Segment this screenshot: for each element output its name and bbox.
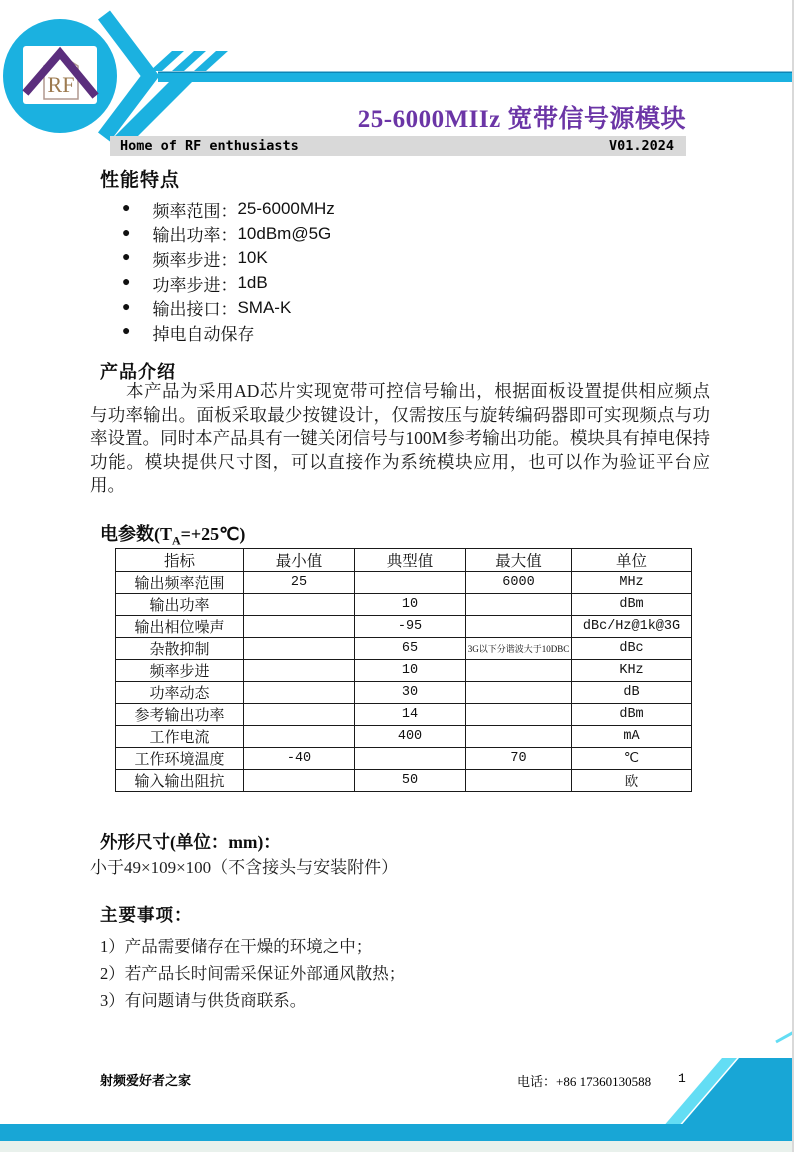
table-cell: 输出相位噪声 — [116, 616, 244, 638]
electrical-heading: 电参数(TA=+25℃) — [100, 520, 245, 549]
bullet-icon: ● — [122, 276, 130, 290]
table-cell — [244, 638, 355, 660]
feature-value: 25-6000MHz — [237, 199, 334, 219]
table-cell — [244, 770, 355, 792]
table-cell: 14 — [355, 704, 466, 726]
feature-item: ●掉电自动保存 — [122, 320, 582, 345]
table-cell — [466, 726, 572, 748]
table-cell: 输出频率范围 — [116, 572, 244, 594]
table-row: 频率步进10KHz — [116, 660, 692, 682]
table-cell — [466, 594, 572, 616]
bullet-icon: ● — [122, 301, 130, 315]
table-cell: 频率步进 — [116, 660, 244, 682]
table-cell — [466, 704, 572, 726]
features-heading: 性能特点 — [100, 165, 180, 192]
note-item: 3）有问题请与供货商联系。 — [100, 987, 405, 1014]
table-cell — [355, 572, 466, 594]
dimensions-text: 小于49×109×100（不含接头与安装附件） — [90, 853, 398, 878]
document-title: 25-6000MIIz 宽带信号源模块 — [0, 99, 686, 135]
footer-corner-accent — [776, 1032, 794, 1042]
table-cell: dBc — [572, 638, 692, 660]
feature-item: ●频率步进：10K — [122, 246, 582, 271]
table-cell: 10 — [355, 594, 466, 616]
table-cell — [244, 594, 355, 616]
feature-item: ●功率步进：1dB — [122, 271, 582, 296]
header-bar — [158, 73, 794, 82]
electrical-heading-prefix: 电参数(T — [100, 524, 172, 544]
table-cell — [466, 660, 572, 682]
table-cell: 50 — [355, 770, 466, 792]
datasheet-page: RF 25-6000MIIz 宽带信号源模块 Home of RF enthus… — [0, 0, 794, 1152]
table-cell — [466, 682, 572, 704]
feature-list: ●频率范围：25-6000MHz●输出功率：10dBm@5G●频率步进：10K●… — [122, 197, 582, 345]
table-cell: dBm — [572, 704, 692, 726]
table-cell: 输入输出阻抗 — [116, 770, 244, 792]
bullet-icon: ● — [122, 202, 130, 216]
note-item: 1）产品需要储存在干燥的环境之中； — [100, 933, 405, 960]
table-row: 功率动态30dB — [116, 682, 692, 704]
feature-label: 频率范围： — [152, 197, 237, 222]
intro-paragraph: 本产品为采用AD芯片实现宽带可控信号输出，根据面板设置提供相应频点与功率输出。面… — [90, 380, 710, 498]
table-cell: mA — [572, 726, 692, 748]
table-cell: 杂散抑制 — [116, 638, 244, 660]
version-text: V01.2024 — [609, 138, 674, 154]
table-cell: 欧 — [572, 770, 692, 792]
feature-label: 掉电自动保存 — [152, 320, 254, 345]
table-header-cell: 典型值 — [355, 549, 466, 572]
table-cell: 70 — [466, 748, 572, 770]
table-cell — [244, 726, 355, 748]
table-row: 工作环境温度-4070℃ — [116, 748, 692, 770]
feature-label: 输出功率： — [152, 221, 237, 246]
table-row: 参考输出功率14dBm — [116, 704, 692, 726]
table-cell: dBm — [572, 594, 692, 616]
table-cell: 30 — [355, 682, 466, 704]
electrical-heading-sub: A — [172, 534, 181, 548]
table-row: 输出相位噪声-95dBc/Hz@1k@3G — [116, 616, 692, 638]
table-row: 输出频率范围256000MHz — [116, 572, 692, 594]
table-cell: -95 — [355, 616, 466, 638]
table-cell: 工作电流 — [116, 726, 244, 748]
table-cell: 6000 — [466, 572, 572, 594]
footer-graphics — [0, 1020, 794, 1152]
notes-heading: 主要事项： — [100, 902, 193, 927]
feature-label: 功率步进： — [152, 271, 237, 296]
table-row: 杂散抑制653G以下分谐波大于10DBCdBc — [116, 638, 692, 660]
table-header-cell: 最大值 — [466, 549, 572, 572]
table-cell: 工作环境温度 — [116, 748, 244, 770]
table-cell: 参考输出功率 — [116, 704, 244, 726]
stripes-icon — [150, 51, 228, 71]
table-cell — [466, 616, 572, 638]
bullet-icon: ● — [122, 325, 130, 339]
rf-home-logo: RF — [23, 46, 97, 104]
table-cell — [244, 704, 355, 726]
table-cell: dBc/Hz@1k@3G — [572, 616, 692, 638]
table-cell: 10 — [355, 660, 466, 682]
table-cell — [244, 682, 355, 704]
footer-margin-strip — [0, 1141, 794, 1152]
table-cell — [244, 616, 355, 638]
note-item: 2）若产品长时间需采保证外部通风散热； — [100, 960, 405, 987]
bullet-icon: ● — [122, 227, 130, 241]
table-row: 输入输出阻抗50欧 — [116, 770, 692, 792]
table-cell: KHz — [572, 660, 692, 682]
feature-value: 1dB — [237, 273, 267, 293]
table-cell — [466, 770, 572, 792]
table-header-row: 指标最小值典型值最大值单位 — [116, 549, 692, 572]
table-cell: ℃ — [572, 748, 692, 770]
feature-value: 10K — [237, 248, 267, 268]
table-cell: 3G以下分谐波大于10DBC — [466, 638, 572, 660]
table-cell: 65 — [355, 638, 466, 660]
logo-letters: RF — [48, 72, 75, 97]
feature-value: SMA-K — [237, 298, 291, 318]
table-row: 输出功率10dBm — [116, 594, 692, 616]
table-cell: 输出功率 — [116, 594, 244, 616]
notes-list: 1）产品需要储存在干燥的环境之中；2）若产品长时间需采保证外部通风散热；3）有问… — [100, 933, 405, 1014]
tagline-text: Home of RF enthusiasts — [120, 138, 299, 154]
table-cell — [355, 748, 466, 770]
feature-item: ●输出接口：SMA-K — [122, 295, 582, 320]
table-cell: -40 — [244, 748, 355, 770]
table-cell: MHz — [572, 572, 692, 594]
dimensions-heading: 外形尺寸(单位：mm)： — [100, 829, 281, 854]
feature-value: 10dBm@5G — [237, 224, 331, 244]
table-cell: 400 — [355, 726, 466, 748]
bullet-icon: ● — [122, 251, 130, 265]
table-header-cell: 最小值 — [244, 549, 355, 572]
feature-label: 频率步进： — [152, 246, 237, 271]
table-cell: dB — [572, 682, 692, 704]
electrical-heading-suffix: =+25℃) — [181, 524, 246, 544]
feature-item: ●频率范围：25-6000MHz — [122, 197, 582, 222]
table-header-cell: 单位 — [572, 549, 692, 572]
table-cell: 25 — [244, 572, 355, 594]
feature-label: 输出接口： — [152, 295, 237, 320]
table-row: 工作电流400mA — [116, 726, 692, 748]
tagline-bar: Home of RF enthusiasts V01.2024 — [110, 136, 686, 156]
electrical-table: 指标最小值典型值最大值单位输出频率范围256000MHz输出功率10dBm输出相… — [115, 548, 692, 792]
table-cell — [244, 660, 355, 682]
table-cell: 功率动态 — [116, 682, 244, 704]
footer-bar — [0, 1124, 794, 1141]
feature-item: ●输出功率：10dBm@5G — [122, 222, 582, 247]
table-header-cell: 指标 — [116, 549, 244, 572]
